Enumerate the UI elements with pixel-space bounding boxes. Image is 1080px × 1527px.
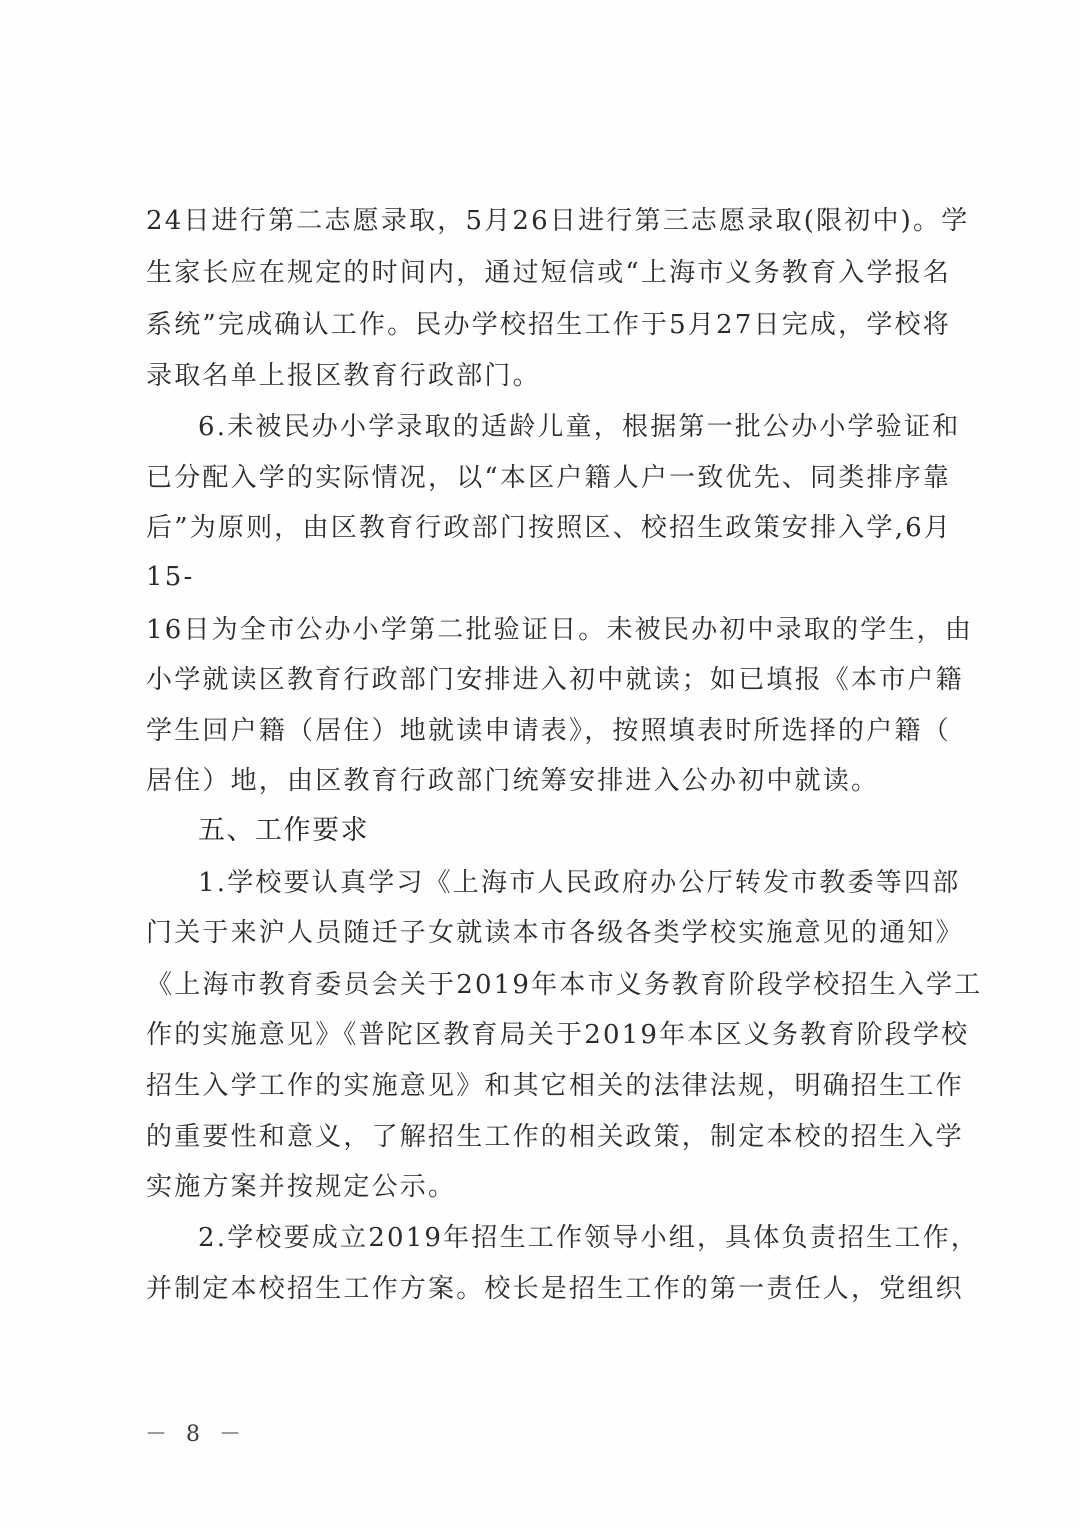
body-line-16: 《上海市教育委员会关于2019年本市义务教育阶段学校招生入学工 — [146, 965, 936, 1005]
body-line-6: 已分配入学的实际情况，以“本区户籍人户一致优先、同类排序靠 — [146, 458, 936, 498]
body-line-15: 门关于来沪人员随迁子女就读本市各级各类学校实施意见的通知》 — [146, 913, 936, 953]
paragraph-1-start: 1.学校要认真学习《上海市人民政府办公厅转发市教委等四部 — [198, 863, 938, 903]
page-number: － 8 － — [145, 1420, 247, 1450]
section-heading: 五、工作要求 — [198, 811, 988, 851]
body-line-12: 居住）地，由区教育行政部门统筹安排进入公办初中就读。 — [146, 761, 936, 801]
body-line-3: 系统”完成确认工作。民办学校招生工作于5月27日完成，学校将 — [146, 305, 936, 345]
body-line-1: 24日进行第二志愿录取，5月26日进行第三志愿录取(限初中)。学 — [146, 201, 936, 241]
body-line-7: 后”为原则，由区教育行政部门按照区、校招生政策安排入学,6月 — [146, 508, 936, 548]
paragraph-2-start: 2.学校要成立2019年招生工作领导小组，具体负责招生工作， — [198, 1218, 938, 1258]
body-line-20: 实施方案并按规定公示。 — [146, 1167, 936, 1207]
body-line-2: 生家长应在规定的时间内，通过短信或“上海市义务教育入学报名 — [146, 253, 936, 293]
paragraph-6-start: 6.未被民办小学录取的适龄儿童，根据第一批公办小学验证和 — [198, 407, 938, 447]
body-line-22: 并制定本校招生工作方案。校长是招生工作的第一责任人，党组织 — [146, 1269, 936, 1309]
body-line-9: 16日为全市公办小学第二批验证日。未被民办初中录取的学生，由 — [146, 610, 936, 650]
body-line-18: 招生入学工作的实施意见》和其它相关的法律法规，明确招生工作 — [146, 1066, 936, 1106]
body-line-11: 学生回户籍（居住）地就读申请表》，按照填表时所选择的户籍（ — [146, 711, 936, 751]
body-line-10: 小学就读区教育行政部门安排进入初中就读；如已填报《本市户籍 — [146, 660, 936, 700]
body-line-4: 录取名单上报区教育行政部门。 — [146, 356, 936, 396]
body-line-19: 的重要性和意义，了解招生工作的相关政策，制定本校的招生入学 — [146, 1117, 936, 1157]
body-line-8: 15- — [146, 557, 936, 597]
body-line-17: 作的实施意见》《普陀区教育局关于2019年本区义务教育阶段学校 — [146, 1015, 936, 1055]
document-page: 24日进行第二志愿录取，5月26日进行第三志愿录取(限初中)。学 生家长应在规定… — [0, 0, 1080, 1527]
